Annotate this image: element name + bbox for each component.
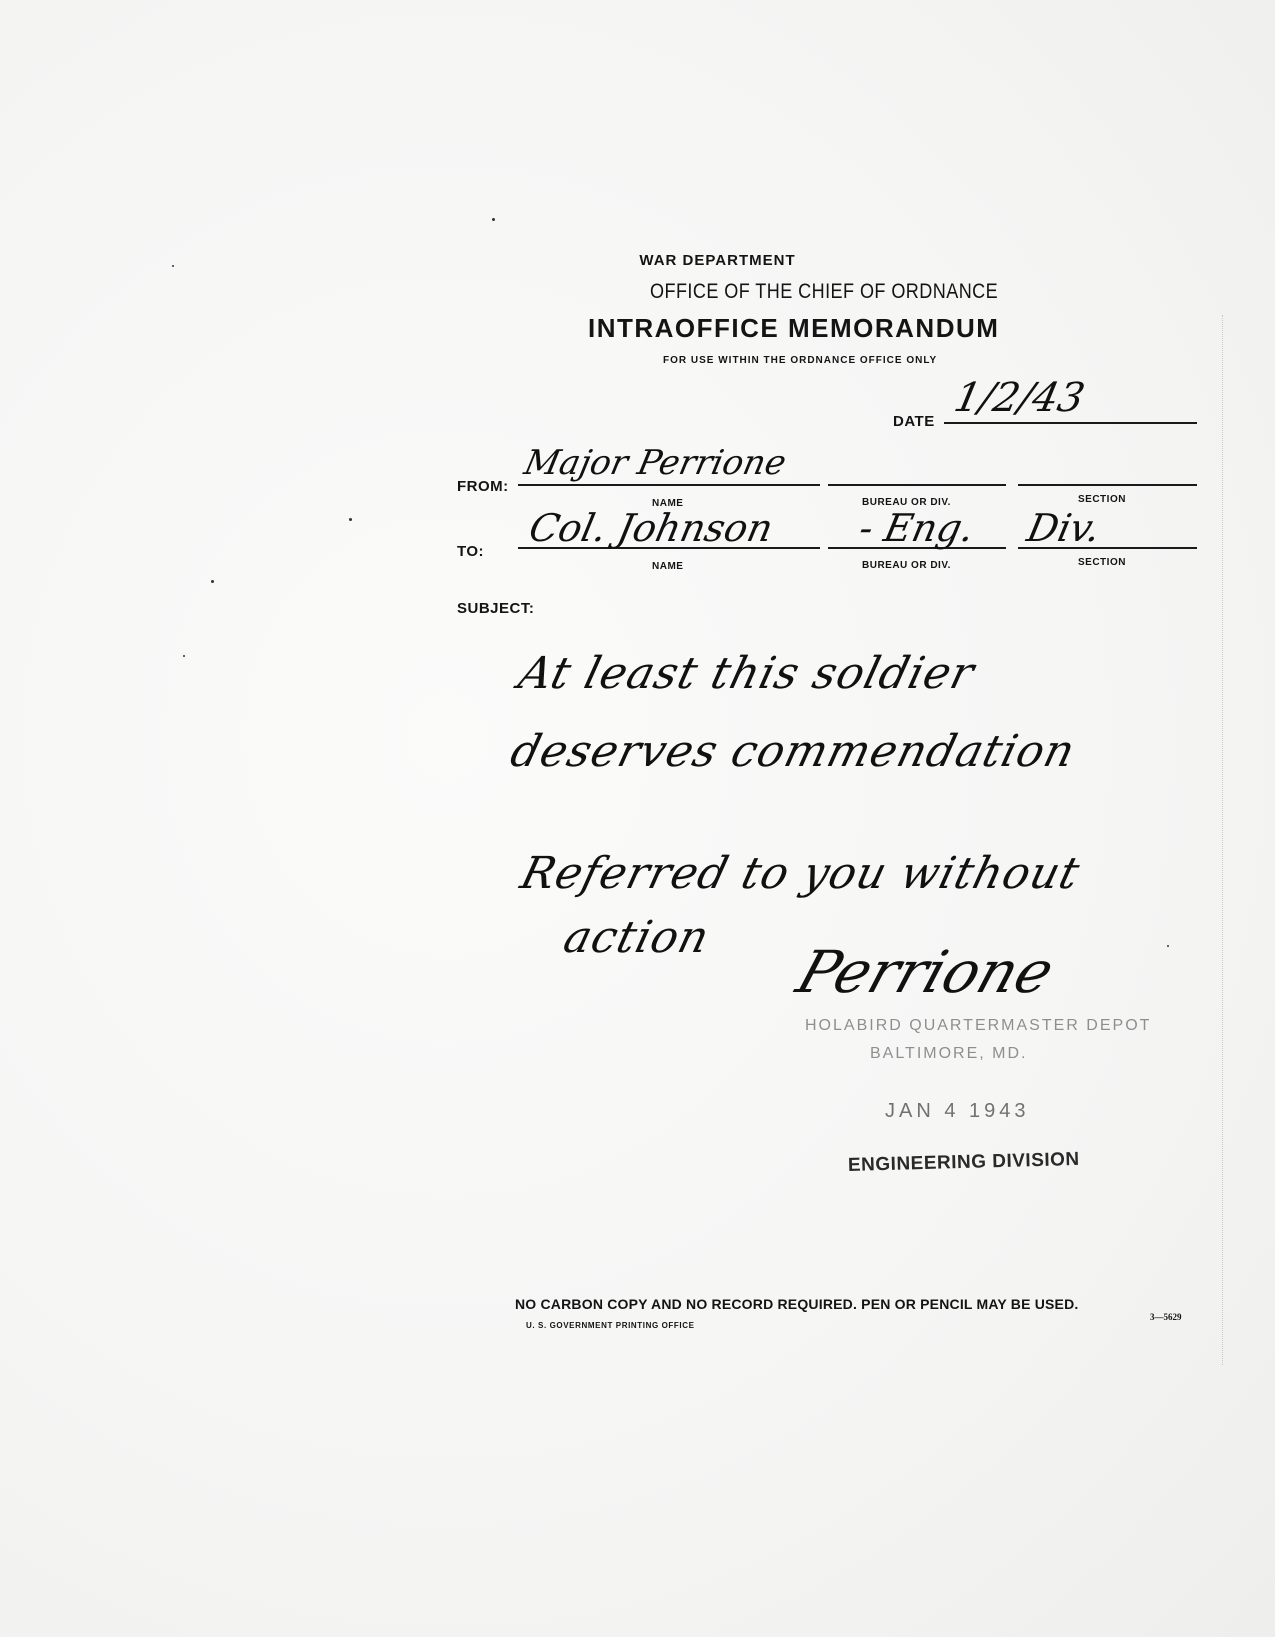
office-heading: OFFICE OF THE CHIEF OF ORDNANCE: [650, 280, 998, 304]
to-section-sublabel: SECTION: [1078, 557, 1126, 568]
subject-label: SUBJECT:: [457, 600, 534, 617]
fold-line: [1222, 315, 1224, 1365]
signature: Perrione: [789, 938, 1062, 1006]
to-bureau-sublabel: BUREAU OR DIV.: [862, 560, 951, 571]
from-bureau-line: [828, 484, 1006, 486]
body-line-2[interactable]: deserves commendation: [506, 726, 1081, 777]
body-line-1[interactable]: At least this soldier: [514, 648, 980, 699]
footer-notice: NO CARBON COPY AND NO RECORD REQUIRED. P…: [515, 1296, 1078, 1312]
date-line: [944, 422, 1197, 424]
form-number: 3—5629: [1150, 1312, 1182, 1322]
form-title: INTRAOFFICE MEMORANDUM: [588, 313, 999, 344]
date-value[interactable]: 1/2/43: [950, 375, 1089, 421]
to-label: TO:: [457, 543, 484, 560]
date-label: DATE: [893, 413, 935, 430]
from-name-line: [518, 484, 820, 486]
to-name-value[interactable]: Col. Johnson: [525, 506, 777, 550]
scan-speck: [183, 655, 185, 657]
to-name-sublabel: NAME: [652, 561, 683, 572]
body-line-4[interactable]: action: [559, 912, 715, 963]
from-name-value[interactable]: Major Perrione: [521, 443, 790, 483]
from-label: FROM:: [457, 478, 509, 495]
usage-note: FOR USE WITHIN THE ORDNANCE OFFICE ONLY: [663, 355, 937, 366]
stamp-city-line: BALTIMORE, MD.: [870, 1045, 1028, 1063]
paper-background: [0, 0, 1275, 1637]
department-heading: WAR DEPARTMENT: [0, 252, 1275, 269]
from-section-line: [1018, 484, 1197, 486]
scan-speck: [349, 518, 352, 521]
footer-printer: U. S. GOVERNMENT PRINTING OFFICE: [526, 1321, 695, 1330]
to-bureau-value[interactable]: - Eng.: [855, 506, 978, 550]
body-line-3[interactable]: Referred to you without: [516, 848, 1086, 899]
scan-speck: [492, 218, 495, 221]
scan-speck: [1167, 945, 1169, 947]
from-section-sublabel: SECTION: [1078, 494, 1126, 505]
scan-speck: [211, 580, 214, 583]
to-section-value[interactable]: Div.: [1023, 506, 1104, 550]
stamp-date-line: JAN 4 1943: [885, 1100, 1030, 1123]
stamp-depot-line: HOLABIRD QUARTERMASTER DEPOT: [805, 1017, 1151, 1035]
